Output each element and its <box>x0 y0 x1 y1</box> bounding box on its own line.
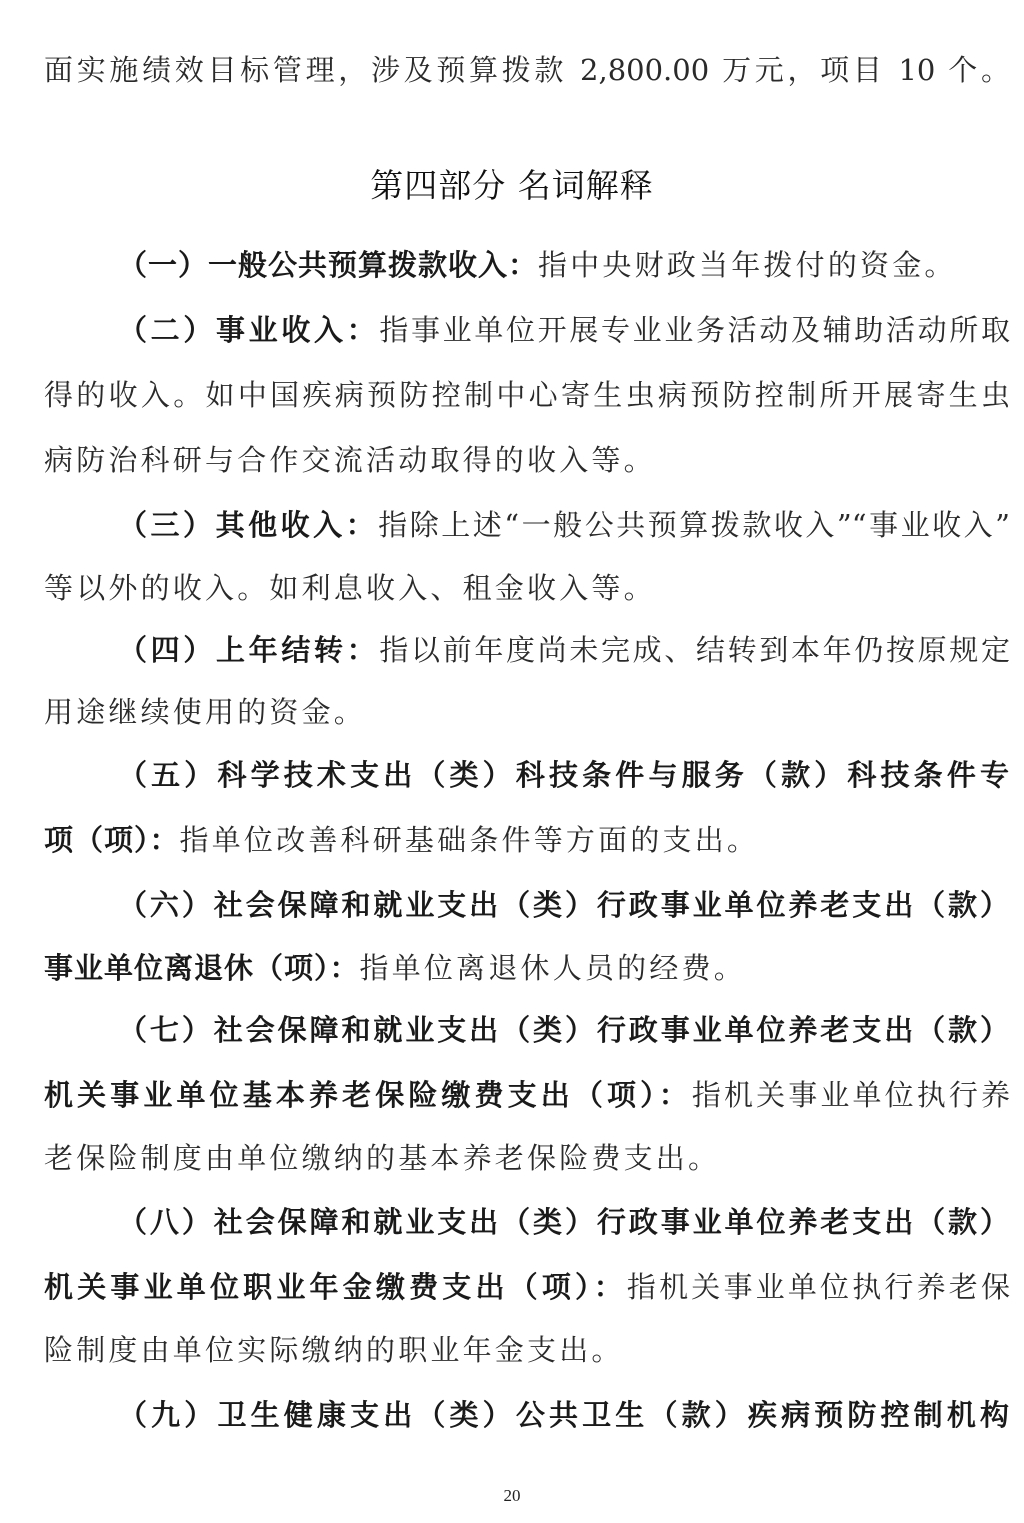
definition-text: 指事业单位开展专业业务活动及辅助活动所取 <box>379 313 1010 347</box>
definition-term: （七）社会保障和就业支出（类）行政事业单位养老支出（款） <box>118 1013 1010 1047</box>
definition-text: 指以前年度尚未完成、结转到本年仍按原规定 <box>379 633 1010 667</box>
definition-term: （五）科学技术支出（类）科技条件与服务（款）科技条件专 <box>118 758 1010 792</box>
definition-4-line-2: 用途继续使用的资金。 <box>44 690 1010 734</box>
definition-4: （四）上年结转：指以前年度尚未完成、结转到本年仍按原规定 <box>118 628 1010 672</box>
definition-text: 老保险制度由单位缴纳的基本养老保险费支出。 <box>44 1141 720 1175</box>
definition-2: （二）事业收入：指事业单位开展专业业务活动及辅助活动所取 <box>118 308 1010 352</box>
definition-text: 等以外的收入。如利息收入、租金收入等。 <box>44 571 656 605</box>
definition-8: （八）社会保障和就业支出（类）行政事业单位养老支出（款） <box>118 1200 1010 1244</box>
definition-term: （九）卫生健康支出（类）公共卫生（款）疾病预防控制机构 <box>118 1398 1010 1432</box>
definition-term: （三）其他收入： <box>118 508 378 542</box>
definition-7-line-2: 机关事业单位基本养老保险缴费支出（项）：指机关事业单位执行养 <box>44 1073 1010 1117</box>
continuation-paragraph: 面实施绩效目标管理，涉及预算拨款 2,800.00 万元，项目 10 个。 <box>44 48 1010 92</box>
definition-term: （八）社会保障和就业支出（类）行政事业单位养老支出（款） <box>118 1205 1010 1239</box>
definition-text: 指机关事业单位执行养老保 <box>627 1270 1010 1304</box>
page-number: 20 <box>0 1486 1024 1506</box>
definition-5: （五）科学技术支出（类）科技条件与服务（款）科技条件专 <box>118 753 1010 797</box>
definition-text: 指除上述“一般公共预算拨款收入”“事业收入” <box>378 508 1010 542</box>
definition-1: （一）一般公共预算拨款收入：指中央财政当年拨付的资金。 <box>118 243 1010 287</box>
definition-8-line-3: 险制度由单位实际缴纳的职业年金支出。 <box>44 1328 1010 1372</box>
definition-term: （二）事业收入： <box>118 313 379 347</box>
paragraph-text: 面实施绩效目标管理，涉及预算拨款 2,800.00 万元，项目 10 个。 <box>44 53 1010 87</box>
definition-2-line-3: 病防治科研与合作交流活动取得的收入等。 <box>44 438 1010 482</box>
definition-8-line-2: 机关事业单位职业年金缴费支出（项）：指机关事业单位执行养老保 <box>44 1265 1010 1309</box>
definition-7: （七）社会保障和就业支出（类）行政事业单位养老支出（款） <box>118 1008 1010 1052</box>
definition-text: 指单位离退休人员的经费。 <box>360 951 746 985</box>
definition-text: 险制度由单位实际缴纳的职业年金支出。 <box>44 1333 624 1367</box>
definition-6-line-2: 事业单位离退休（项）：指单位离退休人员的经费。 <box>44 946 1010 990</box>
definition-3: （三）其他收入：指除上述“一般公共预算拨款收入”“事业收入” <box>118 503 1010 547</box>
definition-text: 指中央财政当年拨付的资金。 <box>538 248 957 282</box>
definition-text: 病防治科研与合作交流活动取得的收入等。 <box>44 443 656 477</box>
definition-2-line-2: 得的收入。如中国疾病预防控制中心寄生虫病预防控制所开展寄生虫 <box>44 373 1010 417</box>
section-title: 第四部分 名词解释 <box>0 160 1024 207</box>
definition-6: （六）社会保障和就业支出（类）行政事业单位养老支出（款） <box>118 883 1010 927</box>
definition-text: 指单位改善科研基础条件等方面的支出。 <box>180 823 760 857</box>
definition-term: （六）社会保障和就业支出（类）行政事业单位养老支出（款） <box>118 888 1010 922</box>
definition-term: 机关事业单位基本养老保险缴费支出（项）： <box>44 1078 692 1112</box>
definition-9: （九）卫生健康支出（类）公共卫生（款）疾病预防控制机构 <box>118 1393 1010 1437</box>
definition-text: 指机关事业单位执行养 <box>692 1078 1010 1112</box>
definition-text: 得的收入。如中国疾病预防控制中心寄生虫病预防控制所开展寄生虫 <box>44 378 1010 412</box>
definition-text: 用途继续使用的资金。 <box>44 695 366 729</box>
definition-term: 机关事业单位职业年金缴费支出（项）： <box>44 1270 627 1304</box>
definition-term: （四）上年结转： <box>118 633 379 667</box>
definition-3-line-2: 等以外的收入。如利息收入、租金收入等。 <box>44 566 1010 610</box>
definition-term: 事业单位离退休（项）： <box>44 951 360 985</box>
definition-term: 项（项）： <box>44 823 180 857</box>
definition-term: （一）一般公共预算拨款收入： <box>118 248 538 282</box>
definition-7-line-3: 老保险制度由单位缴纳的基本养老保险费支出。 <box>44 1136 1010 1180</box>
definition-5-line-2: 项（项）：指单位改善科研基础条件等方面的支出。 <box>44 818 1010 862</box>
